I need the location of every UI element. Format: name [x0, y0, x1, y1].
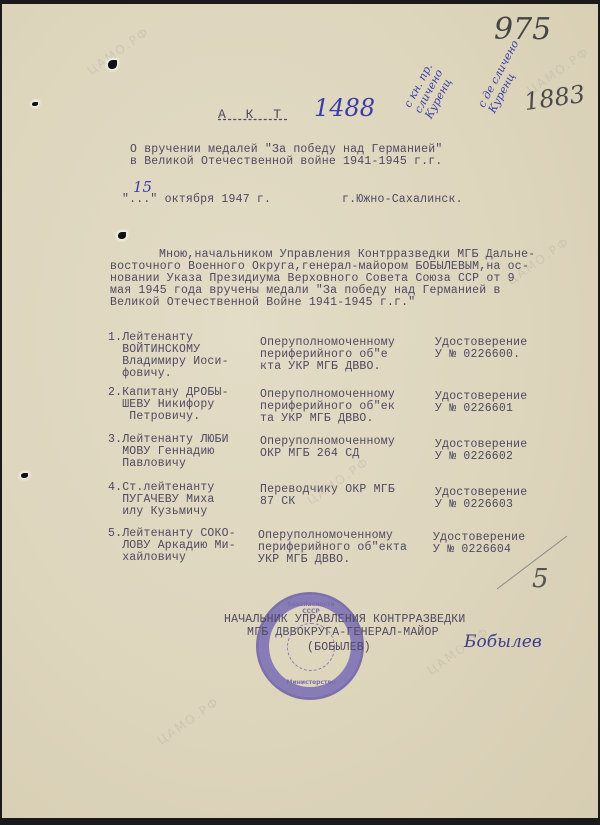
act-number: 1488: [314, 94, 375, 122]
recipient-name: фовичу.: [108, 368, 172, 381]
recipient-position: УКР МГБ ДВВО.: [258, 554, 350, 567]
watermark: ЦАМО.РФ: [85, 24, 153, 77]
handwritten-count: 5: [532, 564, 549, 594]
punch-hole: [108, 60, 117, 69]
signature: Бобылев: [464, 632, 542, 652]
recipient-position: кта УКР МГБ ДВВО.: [260, 361, 381, 374]
document-title: А К Т: [218, 109, 287, 122]
recipient-position: та УКР МГБ ДВВО.: [260, 413, 374, 426]
stamp-text: Министерство: [279, 679, 343, 686]
recipient-certificate: У № 0226600.: [435, 349, 520, 362]
recipient-name: Павловичу: [108, 458, 186, 471]
signature-line-2: МГБ ДВВОКРУГА-ГЕНЕРАЛ-МАЙОР: [247, 627, 439, 640]
document-page: ЦАМО.РФ ЦАМО.РФ ЦАМО.РФ ЦАМО.РФ ЦАМО.РФ …: [2, 4, 598, 818]
recipient-position: ОКР МГБ 264 СД: [260, 448, 359, 461]
recipient-name: хайловичу: [108, 552, 186, 565]
punch-hole: [32, 102, 38, 106]
place: г.Южно-Сахалинск.: [342, 194, 463, 207]
signature-line-1: НАЧАЛЬНИК УПРАВЛЕНИЯ КОНТРРАЗВЕДКИ: [224, 614, 465, 627]
punch-hole: [21, 473, 28, 478]
signature-line-3: (БОБЫЛЕВ): [307, 642, 371, 655]
recipient-position: 87 СК: [260, 496, 296, 509]
margin-note-1: с кн. пр. сличено Куренц: [402, 33, 471, 121]
watermark: ЦАМО.РФ: [305, 454, 373, 507]
punch-hole: [118, 232, 126, 239]
body-line: Великой Отечественной Войне 1941-1945 г.…: [110, 297, 415, 310]
recipient-certificate: У № 0226602: [435, 451, 513, 464]
subject-line-2: в Великой Отечественной войне 1941-1945 …: [130, 156, 442, 169]
corner-number: 975: [494, 12, 551, 47]
recipient-certificate: У № 0226603: [435, 499, 513, 512]
date-text: "..." октября 1947 г.: [122, 194, 271, 207]
recipient-name: илу Кузьмичу: [108, 506, 207, 519]
recipient-certificate: У № 0226601: [435, 403, 513, 416]
recipient-name: Петровичу.: [108, 411, 200, 424]
watermark: ЦАМО.РФ: [155, 694, 223, 747]
